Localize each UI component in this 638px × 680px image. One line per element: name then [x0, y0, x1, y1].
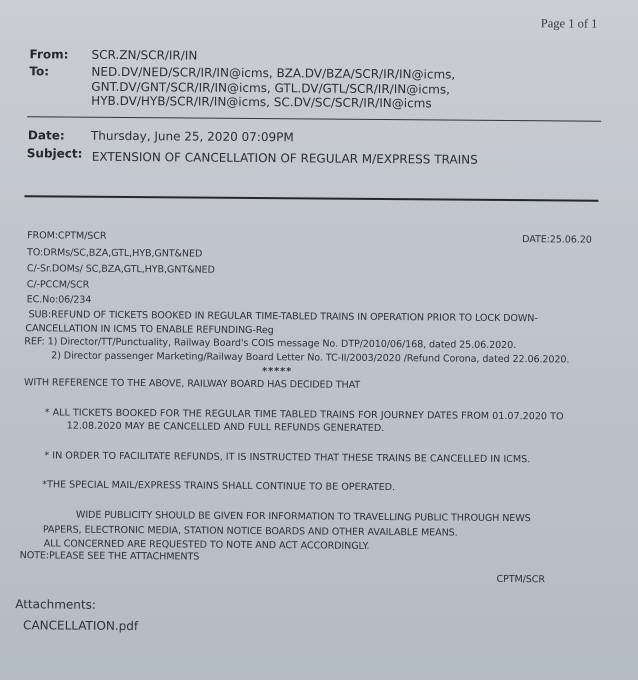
- to-line: HYB.DV/HYB/SCR/IR/IN@icms, SC.DV/SC/SCR/…: [91, 94, 455, 111]
- date-label: Date:: [28, 128, 65, 142]
- from-value: SCR.ZN/SCR/IR/IN: [92, 48, 198, 63]
- subject-divider: [24, 195, 598, 202]
- memo-cc-doms: C/-Sr.DOMs/ SC,BZA,GTL,HYB,GNT&NED: [27, 262, 215, 276]
- from-label: From:: [30, 47, 69, 61]
- memo-signature: CPTM/SCR: [496, 573, 545, 586]
- to-recipients: NED.DV/NED/SCR/IR/IN@icms, BZA.DV/BZA/SC…: [91, 65, 455, 111]
- to-label: To:: [29, 64, 49, 78]
- memo-note: NOTE:PLEASE SEE THE ATTACHMENTS: [20, 549, 200, 563]
- memo-from: FROM:CPTM/SCR: [27, 229, 106, 243]
- bullet-special-trains: *THE SPECIAL MAIL/EXPRESS TRAINS SHALL C…: [42, 478, 395, 494]
- memo-separator: *****: [262, 365, 292, 378]
- email-printout-page: Page 1 of 1 From: SCR.ZN/SCR/IR/IN To: N…: [0, 0, 638, 680]
- attachment-file-link[interactable]: CANCELLATION.pdf: [23, 618, 138, 633]
- page-number: Page 1 of 1: [541, 16, 598, 31]
- memo-ec-number: EC.No:06/234: [27, 293, 92, 307]
- memo-to: TO:DRMs/SC,BZA,GTL,HYB,GNT&NED: [27, 246, 202, 260]
- bullet-refund-dates: * ALL TICKETS BOOKED FOR THE REGULAR TIM…: [45, 406, 564, 436]
- subject-value: EXTENSION OF CANCELLATION OF REGULAR M/E…: [92, 150, 478, 168]
- date-value: Thursday, June 25, 2020 07:09PM: [91, 129, 294, 145]
- memo-publicity-line1: WIDE PUBLICITY SHOULD BE GIVEN FOR INFOR…: [76, 509, 531, 526]
- memo-intro: WITH REFERENCE TO THE ABOVE, RAILWAY BOA…: [24, 376, 360, 392]
- subject-label: Subject:: [27, 146, 83, 160]
- attachments-label: Attachments:: [15, 597, 96, 612]
- bullet-cancel-in-icms: * IN ORDER TO FACILITATE REFUNDS, IT IS …: [44, 449, 530, 466]
- memo-date: DATE:25.06.20: [522, 233, 592, 247]
- memo-reference-2: 2) Director passenger Marketing/Railway …: [51, 349, 569, 366]
- header-divider: [27, 116, 601, 122]
- memo-cc-pccm: C/-PCCM/SCR: [27, 278, 90, 291]
